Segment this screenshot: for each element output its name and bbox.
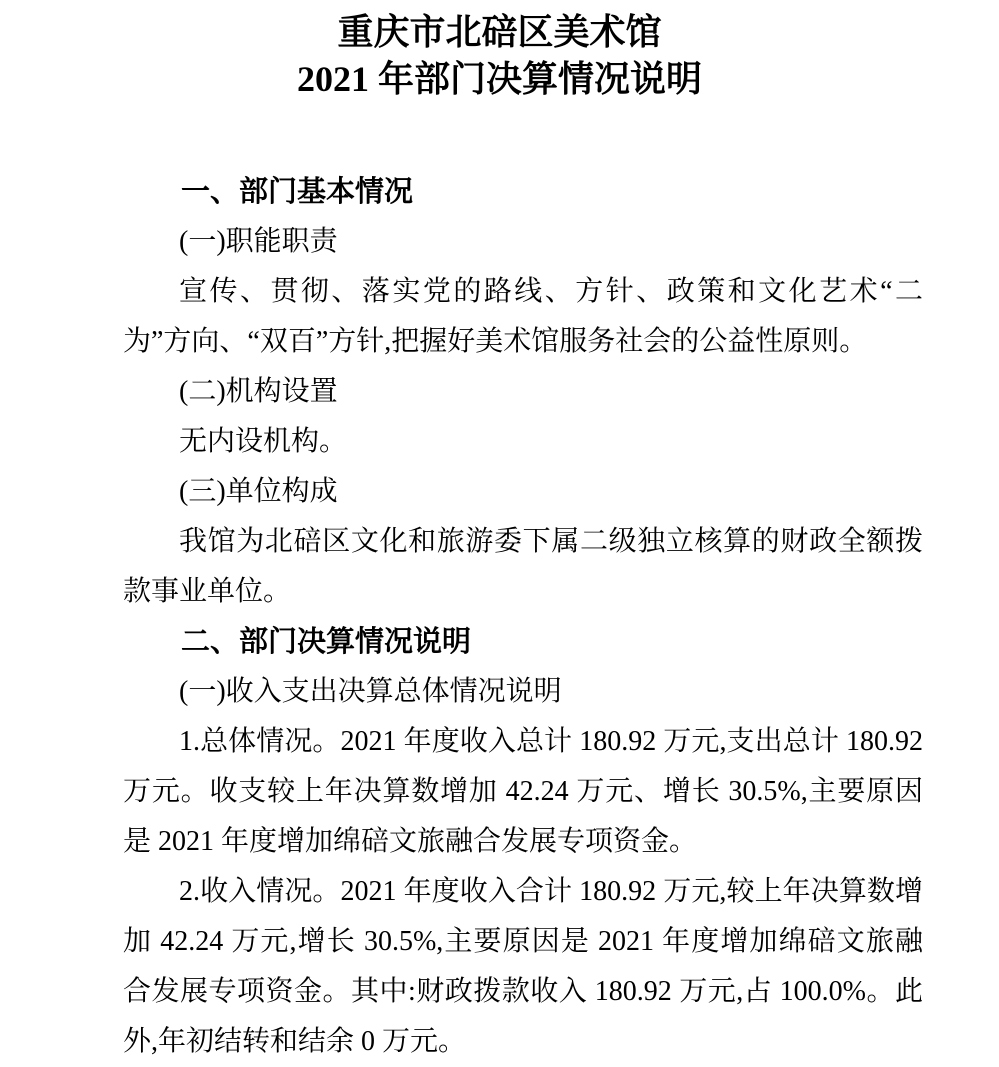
paragraph-duties: 宣传、贯彻、落实党的路线、方针、政策和文化艺术“二为”方向、“双百”方针,把握好… bbox=[123, 267, 923, 367]
document-page: 重庆市北碚区美术馆 2021 年部门决算情况说明 一、部门基本情况 (一)职能职… bbox=[0, 0, 999, 1067]
section-heading-2: 二、部门决算情况说明 bbox=[123, 617, 923, 667]
subsection-heading-2-1: (一)收入支出决算总体情况说明 bbox=[123, 667, 923, 717]
document-body: 一、部门基本情况 (一)职能职责 宣传、贯彻、落实党的路线、方针、政策和文化艺术… bbox=[123, 167, 923, 1067]
document-title-line1: 重庆市北碚区美术馆 bbox=[0, 9, 999, 56]
document-title: 重庆市北碚区美术馆 2021 年部门决算情况说明 bbox=[0, 0, 999, 103]
document-title-line2: 2021 年部门决算情况说明 bbox=[0, 56, 999, 103]
paragraph-overall-situation: 1.总体情况。2021 年度收入总计 180.92 万元,支出总计 180.92… bbox=[123, 717, 923, 867]
paragraph-income-situation: 2.收入情况。2021 年度收入合计 180.92 万元,较上年决算数增加 42… bbox=[123, 867, 923, 1067]
subsection-heading-1-1: (一)职能职责 bbox=[123, 217, 923, 267]
subsection-heading-1-3: (三)单位构成 bbox=[123, 467, 923, 517]
section-heading-1: 一、部门基本情况 bbox=[123, 167, 923, 217]
paragraph-unit-composition: 我馆为北碚区文化和旅游委下属二级独立核算的财政全额拨款事业单位。 bbox=[123, 517, 923, 617]
paragraph-org-setup: 无内设机构。 bbox=[123, 417, 923, 467]
subsection-heading-1-2: (二)机构设置 bbox=[123, 367, 923, 417]
